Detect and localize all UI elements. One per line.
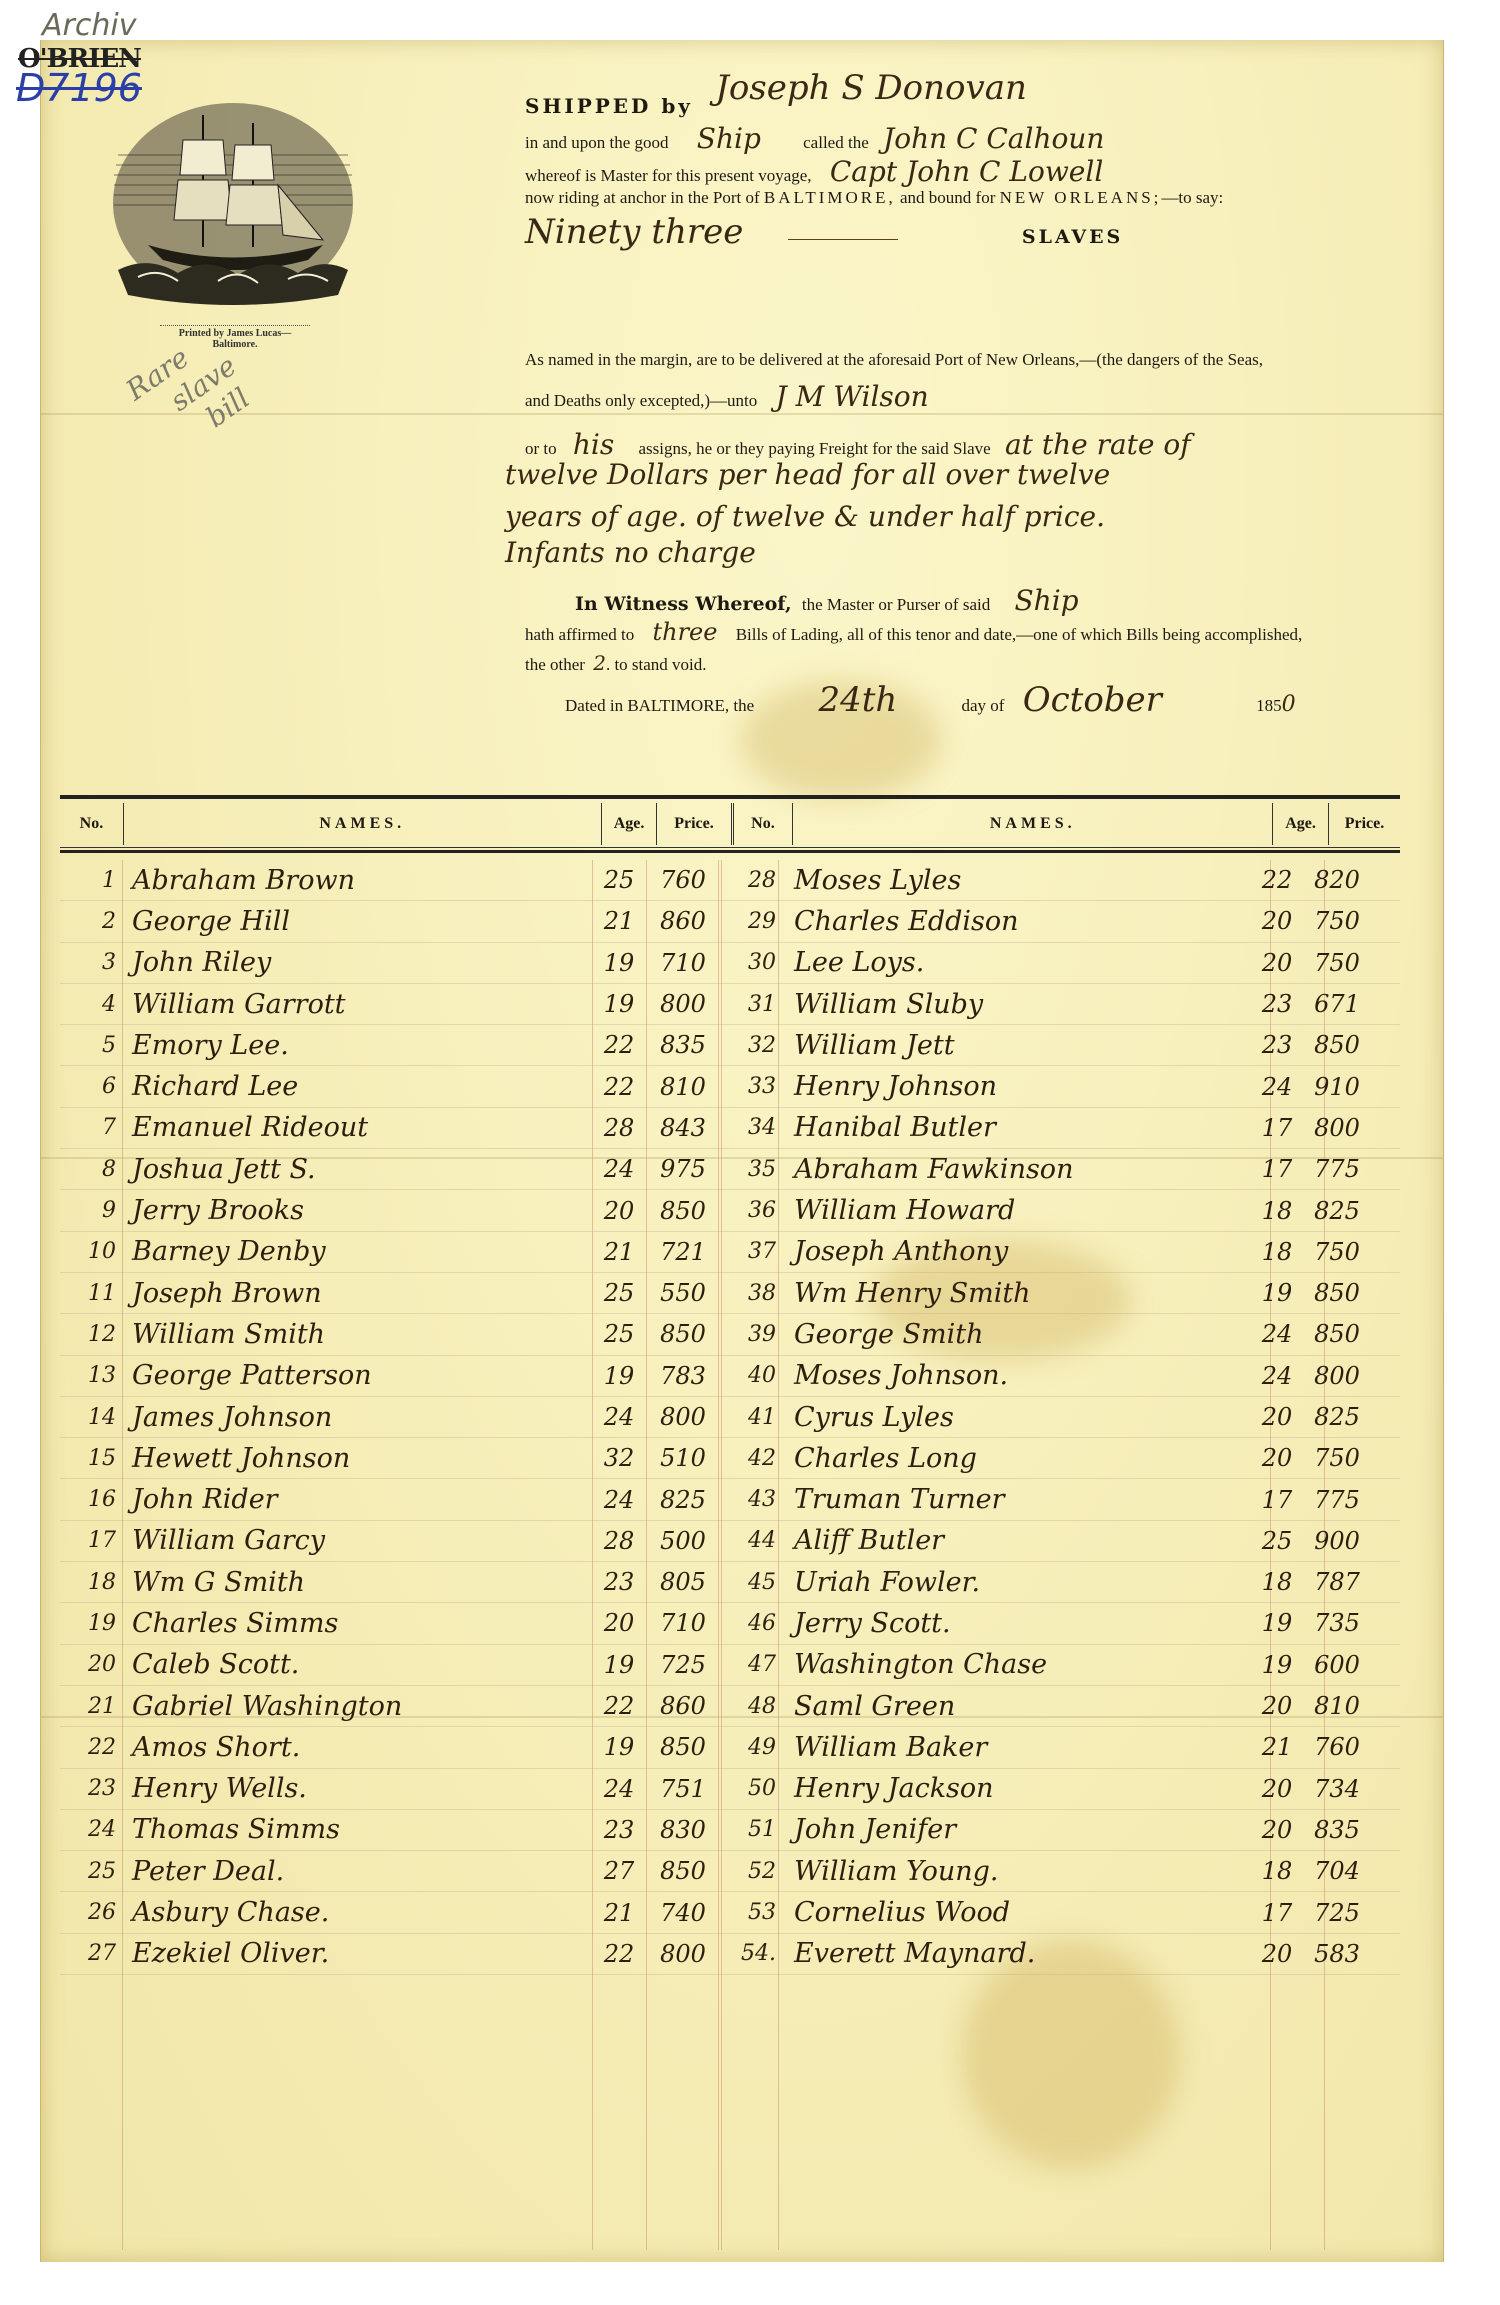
freight-terms: at the rate of (1005, 428, 1191, 461)
col-names: NAMES. (793, 803, 1273, 845)
delivery-line-1: As named in the margin, are to be delive… (525, 350, 1263, 370)
left-entry-name: William Garcy (122, 1525, 592, 1556)
left-entry-price: 800 (646, 1940, 720, 1968)
left-entry-number: 9 (60, 1198, 122, 1223)
right-entry-price: 734 (1304, 1775, 1370, 1803)
left-entry-age: 24 (592, 1155, 646, 1183)
left-entry-price: 825 (646, 1486, 720, 1514)
right-entry-number: 41 (720, 1405, 784, 1430)
right-entry-number: 28 (720, 868, 784, 893)
right-entry-price: 835 (1304, 1816, 1370, 1844)
port-line: now riding at anchor in the Port of BALT… (525, 188, 1223, 208)
left-entry-price: 721 (646, 1238, 720, 1266)
right-entry-name: William Young. (784, 1856, 1250, 1887)
right-entry-number: 53 (720, 1900, 784, 1925)
table-row: 12William Smith2585039George Smith24850 (60, 1314, 1400, 1355)
left-entry-age: 22 (592, 1031, 646, 1059)
right-entry-name: Saml Green (784, 1691, 1250, 1722)
right-entry-price: 775 (1304, 1155, 1370, 1183)
right-entry-name: William Sluby (784, 989, 1250, 1020)
right-entry-number: 49 (720, 1735, 784, 1760)
or-to-label: or to (525, 439, 557, 458)
table-rule-bottom (60, 847, 1400, 853)
left-entry-number: 16 (60, 1487, 122, 1512)
master-line: whereof is Master for this present voyag… (525, 155, 1103, 188)
year-prefix: 185 (1256, 696, 1282, 715)
left-entry-price: 725 (646, 1651, 720, 1679)
col-price: Price. (657, 803, 732, 845)
left-entry-name: John Riley (122, 947, 592, 978)
port-to: NEW ORLEANS; (1000, 188, 1162, 207)
left-entry-age: 25 (592, 866, 646, 894)
vessel-type: Ship (697, 122, 761, 155)
right-entry-price: 600 (1304, 1651, 1370, 1679)
left-entry-age: 24 (592, 1403, 646, 1431)
right-entry-price: 800 (1304, 1362, 1370, 1390)
left-entry-age: 19 (592, 990, 646, 1018)
left-entry-price: 850 (646, 1733, 720, 1761)
left-entry-number: 20 (60, 1652, 122, 1677)
left-entry-number: 26 (60, 1900, 122, 1925)
right-entry-age: 19 (1250, 1651, 1304, 1679)
right-entry-age: 18 (1250, 1568, 1304, 1596)
right-entry-price: 725 (1304, 1899, 1370, 1927)
right-entry-number: 52 (720, 1859, 784, 1884)
right-entry-price: 825 (1304, 1197, 1370, 1225)
left-entry-number: 25 (60, 1859, 122, 1884)
left-entry-name: John Rider (122, 1484, 592, 1515)
left-entry-age: 24 (592, 1775, 646, 1803)
left-entry-age: 22 (592, 1073, 646, 1101)
shipped-by-label: SHIPPED by (525, 94, 693, 118)
left-entry-age: 25 (592, 1320, 646, 1348)
left-entry-price: 810 (646, 1073, 720, 1101)
left-entry-number: 6 (60, 1074, 122, 1099)
table-row: 17William Garcy2850044Aliff Butler25900 (60, 1521, 1400, 1562)
right-entry-number: 46 (720, 1611, 784, 1636)
left-entry-price: 850 (646, 1197, 720, 1225)
right-entry-age: 25 (1250, 1527, 1304, 1555)
right-entry-number: 47 (720, 1652, 784, 1677)
left-entry-price: 850 (646, 1857, 720, 1885)
right-entry-age: 24 (1250, 1362, 1304, 1390)
other-label: the other (525, 655, 585, 674)
archive-handwritten-mark: Archiv (42, 8, 136, 43)
right-entry-age: 20 (1250, 1692, 1304, 1720)
month-value: October (1023, 680, 1162, 720)
right-entry-age: 20 (1250, 1444, 1304, 1472)
good-label: in and upon the good (525, 133, 669, 152)
left-entry-price: 860 (646, 1692, 720, 1720)
left-entry-price: 500 (646, 1527, 720, 1555)
right-entry-age: 21 (1250, 1733, 1304, 1761)
other-count: 2 (593, 651, 606, 675)
left-entry-number: 27 (60, 1941, 122, 1966)
pronoun: his (573, 428, 614, 461)
left-entry-age: 22 (592, 1692, 646, 1720)
left-entry-age: 28 (592, 1114, 646, 1142)
left-entry-price: 860 (646, 907, 720, 935)
master-name: Capt John C Lowell (830, 155, 1103, 188)
left-entry-price: 800 (646, 1403, 720, 1431)
witness-line: In Witness Whereof, the Master or Purser… (575, 584, 1079, 617)
right-entry-number: 38 (720, 1281, 784, 1306)
right-entry-price: 750 (1304, 1238, 1370, 1266)
left-entry-name: William Garrott (122, 989, 592, 1020)
left-entry-price: 843 (646, 1114, 720, 1142)
right-entry-number: 32 (720, 1033, 784, 1058)
right-entry-number: 39 (720, 1322, 784, 1347)
dated-label: Dated in BALTIMORE, the (565, 696, 754, 715)
left-entry-number: 21 (60, 1694, 122, 1719)
left-entry-price: 830 (646, 1816, 720, 1844)
col-price: Price. (1328, 803, 1400, 845)
right-entry-name: Joseph Anthony (784, 1236, 1250, 1267)
right-entry-number: 43 (720, 1487, 784, 1512)
left-entry-name: Richard Lee (122, 1071, 592, 1102)
left-entry-name: Gabriel Washington (122, 1691, 592, 1722)
right-entry-age: 24 (1250, 1320, 1304, 1348)
right-entry-age: 23 (1250, 990, 1304, 1018)
affirmed-line: hath affirmed to three Bills of Lading, … (525, 618, 1302, 646)
left-entry-price: 805 (646, 1568, 720, 1596)
vessel-type: Ship (1014, 584, 1078, 617)
left-entry-number: 22 (60, 1735, 122, 1760)
assigns-label: assigns, he or they paying Freight for t… (639, 439, 991, 458)
left-entry-name: Caleb Scott. (122, 1649, 592, 1680)
left-entry-age: 28 (592, 1527, 646, 1555)
table-row: 10Barney Denby2172137Joseph Anthony18750 (60, 1232, 1400, 1273)
left-entry-age: 27 (592, 1857, 646, 1885)
left-entry-number: 8 (60, 1157, 122, 1182)
left-entry-name: Wm G Smith (122, 1567, 592, 1598)
left-entry-name: Joseph Brown (122, 1278, 592, 1309)
right-entry-name: Abraham Fawkinson (784, 1154, 1250, 1185)
table-row: 20Caleb Scott.1972547Washington Chase196… (60, 1645, 1400, 1686)
left-entry-price: 835 (646, 1031, 720, 1059)
right-entry-number: 34 (720, 1115, 784, 1140)
table-row: 13George Patterson1978340Moses Johnson.2… (60, 1356, 1400, 1397)
right-entry-age: 18 (1250, 1857, 1304, 1885)
right-entry-name: Cornelius Wood (784, 1897, 1250, 1928)
left-entry-age: 23 (592, 1816, 646, 1844)
void-label: . to stand void. (606, 655, 707, 674)
left-entry-name: Charles Simms (122, 1608, 592, 1639)
right-entry-number: 35 (720, 1157, 784, 1182)
right-entry-age: 17 (1250, 1155, 1304, 1183)
left-entry-number: 10 (60, 1239, 122, 1264)
left-entry-name: Asbury Chase. (122, 1897, 592, 1928)
table-row: 1Abraham Brown2576028Moses Lyles22820 (60, 860, 1400, 901)
called-the-label: called the (803, 133, 869, 152)
right-entry-price: 750 (1304, 1444, 1370, 1472)
right-entry-age: 17 (1250, 1114, 1304, 1142)
right-entry-name: Moses Johnson. (784, 1360, 1250, 1391)
table-row: 5Emory Lee.2283532William Jett23850 (60, 1025, 1400, 1066)
left-entry-age: 25 (592, 1279, 646, 1307)
left-entry-number: 4 (60, 992, 122, 1017)
left-entry-number: 18 (60, 1570, 122, 1595)
left-entry-price: 740 (646, 1899, 720, 1927)
table-row: 3John Riley1971030Lee Loys.20750 (60, 943, 1400, 984)
table-rule-top (60, 795, 1400, 799)
right-entry-name: Jerry Scott. (784, 1608, 1250, 1639)
right-entry-number: 54. (720, 1941, 784, 1966)
right-entry-price: 850 (1304, 1320, 1370, 1348)
right-entry-number: 37 (720, 1239, 784, 1264)
right-entry-price: 850 (1304, 1279, 1370, 1307)
right-entry-name: Hanibal Butler (784, 1112, 1250, 1143)
left-entry-age: 23 (592, 1568, 646, 1596)
right-entry-number: 44 (720, 1528, 784, 1553)
shipper-name: Joseph S Donovan (715, 68, 1027, 108)
right-entry-age: 20 (1250, 1403, 1304, 1431)
table-row: 22Amos Short.1985049William Baker21760 (60, 1727, 1400, 1768)
delivery-line-2: and Deaths only excepted,)—unto J M Wils… (525, 380, 929, 413)
right-entry-price: 750 (1304, 949, 1370, 977)
right-entry-number: 30 (720, 950, 784, 975)
manifest-rows: 1Abraham Brown2576028Moses Lyles228202Ge… (60, 860, 1400, 1975)
table-row: 7Emanuel Rideout2884334Hanibal Butler178… (60, 1108, 1400, 1149)
left-entry-age: 19 (592, 1733, 646, 1761)
right-entry-name: Charles Long (784, 1443, 1250, 1474)
left-entry-price: 751 (646, 1775, 720, 1803)
left-entry-number: 11 (60, 1281, 122, 1306)
table-row: 11Joseph Brown2555038Wm Henry Smith19850 (60, 1273, 1400, 1314)
left-entry-price: 550 (646, 1279, 720, 1307)
right-entry-price: 760 (1304, 1733, 1370, 1761)
left-entry-number: 1 (60, 868, 122, 893)
right-entry-name: Henry Johnson (784, 1071, 1250, 1102)
right-entry-number: 29 (720, 909, 784, 934)
bills-label: Bills of Lading, all of this tenor and d… (736, 625, 1303, 644)
right-entry-number: 45 (720, 1570, 784, 1595)
right-entry-name: William Baker (784, 1732, 1250, 1763)
left-entry-price: 783 (646, 1362, 720, 1390)
right-entry-price: 735 (1304, 1609, 1370, 1637)
sailing-ship-engraving-icon (108, 95, 358, 310)
left-entry-age: 24 (592, 1486, 646, 1514)
table-row: 23Henry Wells.2475150Henry Jackson20734 (60, 1769, 1400, 1810)
manifest-header: No. NAMES. Age. Price. No. NAMES. Age. P… (60, 803, 1400, 845)
table-row: 21Gabriel Washington2286048Saml Green208… (60, 1686, 1400, 1727)
left-entry-age: 20 (592, 1609, 646, 1637)
right-entry-age: 19 (1250, 1279, 1304, 1307)
right-entry-age: 20 (1250, 907, 1304, 935)
right-entry-name: William Howard (784, 1195, 1250, 1226)
right-entry-number: 50 (720, 1776, 784, 1801)
left-entry-number: 24 (60, 1817, 122, 1842)
right-entry-number: 36 (720, 1198, 784, 1223)
right-entry-name: Moses Lyles (784, 865, 1250, 896)
table-row: 26Asbury Chase.2174053Cornelius Wood1772… (60, 1892, 1400, 1933)
left-entry-price: 850 (646, 1320, 720, 1348)
left-entry-price: 800 (646, 990, 720, 1018)
freight-terms: Infants no charge (505, 536, 756, 569)
table-row: 9Jerry Brooks2085036William Howard18825 (60, 1190, 1400, 1231)
right-entry-name: Washington Chase (784, 1649, 1250, 1680)
affirmed-label: hath affirmed to (525, 625, 634, 644)
left-entry-name: Hewett Johnson (122, 1443, 592, 1474)
left-entry-name: Thomas Simms (122, 1814, 592, 1845)
right-entry-price: 820 (1304, 866, 1370, 894)
right-entry-price: 900 (1304, 1527, 1370, 1555)
table-row: 19Charles Simms2071046Jerry Scott.19735 (60, 1603, 1400, 1644)
left-entry-price: 710 (646, 1609, 720, 1637)
fill-line (788, 239, 898, 240)
left-entry-number: 2 (60, 909, 122, 934)
right-entry-name: Charles Eddison (784, 906, 1250, 937)
left-entry-name: Henry Wells. (122, 1773, 592, 1804)
table-row: 14James Johnson2480041Cyrus Lyles20825 (60, 1397, 1400, 1438)
right-entry-price: 800 (1304, 1114, 1370, 1142)
left-entry-number: 19 (60, 1611, 122, 1636)
witness-heading: In Witness Whereof, (575, 593, 792, 615)
left-entry-price: 710 (646, 949, 720, 977)
count-unit: SLAVES (1022, 226, 1123, 248)
shipped-by-line: SHIPPED by Joseph S Donovan (525, 82, 1027, 122)
left-entry-age: 32 (592, 1444, 646, 1472)
left-entry-age: 19 (592, 1651, 646, 1679)
table-row: 6Richard Lee2281033Henry Johnson24910 (60, 1066, 1400, 1107)
right-entry-age: 18 (1250, 1238, 1304, 1266)
left-entry-name: Barney Denby (122, 1236, 592, 1267)
table-row: 16John Rider2482543Truman Turner17775 (60, 1479, 1400, 1520)
right-entry-number: 33 (720, 1074, 784, 1099)
right-entry-age: 18 (1250, 1197, 1304, 1225)
void-line: the other 2. to stand void. (525, 651, 707, 675)
left-entry-name: Jerry Brooks (122, 1195, 592, 1226)
table-row: 18Wm G Smith2380545Uriah Fowler.18787 (60, 1562, 1400, 1603)
day-value: 24th (818, 680, 897, 720)
col-age: Age. (1273, 803, 1329, 845)
right-entry-price: 787 (1304, 1568, 1370, 1596)
right-entry-age: 24 (1250, 1073, 1304, 1101)
left-entry-number: 12 (60, 1322, 122, 1347)
right-entry-price: 775 (1304, 1486, 1370, 1514)
port-label: now riding at anchor in the Port of (525, 188, 760, 207)
table-row: 25Peter Deal.2785052William Young.18704 (60, 1851, 1400, 1892)
left-entry-age: 20 (592, 1197, 646, 1225)
left-entry-age: 19 (592, 1362, 646, 1390)
to-say-label: —to say: (1161, 188, 1223, 207)
right-entry-name: George Smith (784, 1319, 1250, 1350)
left-entry-name: Joshua Jett S. (122, 1154, 592, 1185)
col-names: NAMES. (123, 803, 601, 845)
table-row: 4William Garrott1980031William Sluby2367… (60, 984, 1400, 1025)
freight-terms: twelve Dollars per head for all over twe… (505, 458, 1110, 491)
right-entry-price: 671 (1304, 990, 1370, 1018)
left-entry-name: James Johnson (122, 1402, 592, 1433)
left-entry-age: 21 (592, 1899, 646, 1927)
right-entry-name: Aliff Butler (784, 1525, 1250, 1556)
left-entry-age: 21 (592, 907, 646, 935)
left-entry-age: 22 (592, 1940, 646, 1968)
right-entry-age: 20 (1250, 949, 1304, 977)
table-row: 15Hewett Johnson3251042Charles Long20750 (60, 1438, 1400, 1479)
day-of-label: day of (962, 696, 1005, 715)
table-row: 8Joshua Jett S.2497535Abraham Fawkinson1… (60, 1149, 1400, 1190)
slave-count: Ninety three (525, 212, 743, 252)
left-entry-name: Emory Lee. (122, 1030, 592, 1061)
left-entry-name: Peter Deal. (122, 1856, 592, 1887)
left-entry-name: William Smith (122, 1319, 592, 1350)
right-entry-age: 23 (1250, 1031, 1304, 1059)
col-no: No. (732, 803, 793, 845)
right-entry-price: 810 (1304, 1692, 1370, 1720)
right-entry-age: 22 (1250, 866, 1304, 894)
right-entry-age: 20 (1250, 1940, 1304, 1968)
left-entry-number: 15 (60, 1446, 122, 1471)
right-entry-age: 20 (1250, 1816, 1304, 1844)
left-entry-price: 760 (646, 866, 720, 894)
right-entry-name: Henry Jackson (784, 1773, 1250, 1804)
right-entry-name: Cyrus Lyles (784, 1402, 1250, 1433)
left-entry-age: 21 (592, 1238, 646, 1266)
left-entry-number: 23 (60, 1776, 122, 1801)
left-entry-number: 5 (60, 1033, 122, 1058)
year-suffix: 0 (1282, 692, 1296, 717)
left-entry-number: 3 (60, 950, 122, 975)
vessel-name: John C Calhoun (883, 122, 1104, 155)
right-entry-name: Lee Loys. (784, 947, 1250, 978)
table-row: 27Ezekiel Oliver.2280054.Everett Maynard… (60, 1934, 1400, 1975)
left-entry-number: 7 (60, 1115, 122, 1140)
paper-fold (41, 413, 1443, 415)
right-entry-price: 825 (1304, 1403, 1370, 1431)
right-entry-name: Everett Maynard. (784, 1938, 1250, 1969)
left-entry-name: Emanuel Rideout (122, 1112, 592, 1143)
count-line: Ninety three SLAVES (525, 212, 1123, 252)
bills-count: three (652, 618, 717, 646)
right-entry-number: 42 (720, 1446, 784, 1471)
right-entry-price: 750 (1304, 907, 1370, 935)
left-entry-price: 510 (646, 1444, 720, 1472)
right-entry-age: 20 (1250, 1775, 1304, 1803)
right-entry-name: Wm Henry Smith (784, 1278, 1250, 1309)
bound-for-label: and bound for (900, 188, 995, 207)
right-entry-number: 48 (720, 1694, 784, 1719)
right-entry-age: 17 (1250, 1899, 1304, 1927)
right-entry-age: 19 (1250, 1609, 1304, 1637)
right-entry-age: 17 (1250, 1486, 1304, 1514)
right-entry-price: 583 (1304, 1940, 1370, 1968)
right-entry-price: 704 (1304, 1857, 1370, 1885)
left-entry-name: George Hill (122, 906, 592, 937)
right-entry-price: 850 (1304, 1031, 1370, 1059)
master-label: whereof is Master for this present voyag… (525, 166, 812, 185)
port-from: BALTIMORE, (764, 188, 896, 207)
assigns-line: or to his assigns, he or they paying Fre… (525, 428, 1191, 461)
left-entry-name: Ezekiel Oliver. (122, 1938, 592, 1969)
col-no: No. (60, 803, 123, 845)
col-age: Age. (601, 803, 657, 845)
right-entry-number: 40 (720, 1363, 784, 1388)
right-entry-number: 51 (720, 1817, 784, 1842)
unto-label: and Deaths only excepted,)—unto (525, 391, 757, 410)
right-entry-name: John Jenifer (784, 1814, 1250, 1845)
left-entry-name: Abraham Brown (122, 865, 592, 896)
right-entry-name: William Jett (784, 1030, 1250, 1061)
right-entry-price: 910 (1304, 1073, 1370, 1101)
left-entry-name: George Patterson (122, 1360, 592, 1391)
left-entry-age: 19 (592, 949, 646, 977)
freight-terms: years of age. of twelve & under half pri… (505, 500, 1105, 533)
left-entry-number: 14 (60, 1405, 122, 1430)
right-entry-name: Uriah Fowler. (784, 1567, 1250, 1598)
right-entry-name: Truman Turner (784, 1484, 1250, 1515)
right-entry-number: 31 (720, 992, 784, 1017)
